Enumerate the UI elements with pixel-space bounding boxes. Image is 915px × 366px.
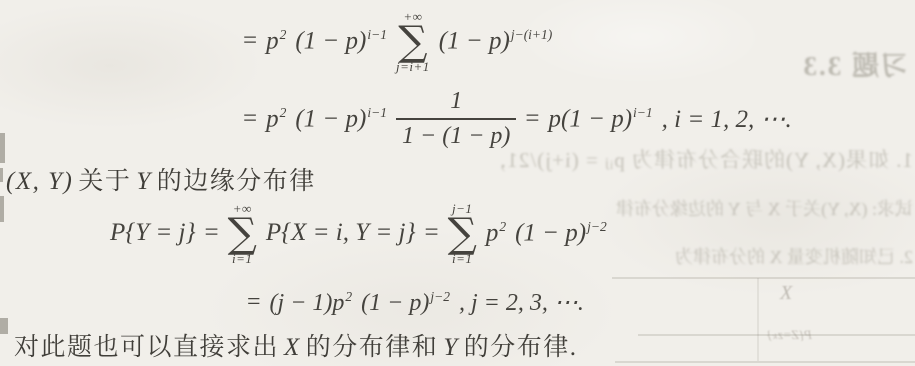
exponent: 2 xyxy=(345,289,352,304)
summation-lower-limit: i=1 xyxy=(452,252,472,265)
formula-line-3: P{Y = j} = +∞ ∑ i=1 P{X = i, Y = j} = j−… xyxy=(110,202,607,265)
summation: j−1 ∑ i=1 xyxy=(448,202,477,265)
term-j-minus-1-p-squared: (j − 1)p2 xyxy=(270,289,353,317)
formula-line-1: = p2 (1 − p)i−1 +∞ ∑ j=i+1 (1 − p)j−(i+1… xyxy=(243,10,552,73)
variable-pair-xy: (X, Y) xyxy=(6,168,73,196)
probability-lhs: P{Y = j} xyxy=(110,219,196,247)
factor: (j − 1)p xyxy=(270,290,345,316)
term-p-squared: p2 xyxy=(486,219,506,247)
exponent: i−1 xyxy=(633,105,653,120)
summation-lower-limit: j=i+1 xyxy=(396,60,430,73)
closing-text: 对此题也可以直接求出 xyxy=(14,327,279,363)
fraction-denominator: 1 − (1 − p) xyxy=(396,118,516,149)
equals-sign: = xyxy=(205,219,219,247)
closing-sentence: 对此题也可以直接求出 X 的分布律和 Y 的分布律. xyxy=(14,327,577,363)
variable-y: Y xyxy=(443,334,458,362)
summation-lower-limit: i=1 xyxy=(232,252,252,265)
variable-x: X xyxy=(284,334,301,362)
exponent: i−1 xyxy=(367,27,387,42)
term-p-squared: p2 xyxy=(266,105,286,133)
scanned-page: 习题 3.3 1. 如果(X, Y)的联合分布律为 pᵢⱼ = (i+j)/21… xyxy=(0,0,915,366)
variable-p: p xyxy=(266,28,279,55)
heading-text: 关于 xyxy=(78,161,131,197)
variable-p: p xyxy=(486,220,499,247)
factor: (1 − p) xyxy=(295,105,366,132)
formula-line-2: = p2 (1 − p)i−1 1 1 − (1 − p) = p(1 − p)… xyxy=(243,89,792,149)
equals-sign: = xyxy=(525,105,539,133)
equals-sign: = xyxy=(424,219,438,247)
variable-p: p xyxy=(549,105,562,132)
sigma-icon: ∑ xyxy=(398,24,427,59)
exponent: 2 xyxy=(280,27,287,42)
summation: +∞ ∑ j=i+1 xyxy=(396,10,430,73)
factor: (1 − p) xyxy=(439,28,510,55)
exponent: j−2 xyxy=(430,289,450,304)
formula-line-4: = (j − 1)p2 (1 − p)j−2 , j = 2, 3, ⋯. xyxy=(247,288,584,317)
closing-text: 的分布律和 xyxy=(306,327,439,363)
content-layer: = p2 (1 − p)i−1 +∞ ∑ j=i+1 (1 − p)j−(i+1… xyxy=(0,0,915,366)
term-one-minus-p: (1 − p)j−2 xyxy=(515,219,607,247)
term-result: p(1 − p)i−1 xyxy=(549,105,653,133)
exponent: 2 xyxy=(280,105,287,120)
term-one-minus-p: (1 − p)j−2 xyxy=(361,289,450,317)
factor: (1 − p) xyxy=(295,28,366,55)
factor: (1 − p) xyxy=(361,290,429,316)
summation: +∞ ∑ i=1 xyxy=(228,202,257,265)
variable-y: Y xyxy=(136,168,151,196)
term-one-minus-p: (1 − p)i−1 xyxy=(295,27,387,55)
equals-sign: = xyxy=(243,27,257,55)
joint-probability-term: P{X = i, Y = j} xyxy=(266,219,416,247)
equals-sign: = xyxy=(243,105,257,133)
closing-text: 的分布律. xyxy=(464,327,578,363)
exponent: 2 xyxy=(499,219,506,234)
index-range: , j = 2, 3, ⋯. xyxy=(459,288,584,317)
heading-text: 的边缘分布律 xyxy=(157,161,316,197)
term-p-squared: p2 xyxy=(266,27,286,55)
exponent: j−(i+1) xyxy=(511,27,552,42)
equals-sign: = xyxy=(247,289,261,316)
fraction: 1 1 − (1 − p) xyxy=(396,89,516,149)
factor: (1 − p) xyxy=(515,220,586,247)
variable-p: p xyxy=(266,105,279,132)
index-range: , i = 1, 2, ⋯. xyxy=(662,104,792,134)
factor: (1 − p) xyxy=(561,105,632,132)
fraction-numerator: 1 xyxy=(444,89,468,118)
sigma-icon: ∑ xyxy=(448,216,477,251)
term-one-minus-p: (1 − p)j−(i+1) xyxy=(439,27,553,55)
sigma-icon: ∑ xyxy=(228,216,257,251)
term-one-minus-p: (1 − p)i−1 xyxy=(295,105,387,133)
exponent: j−2 xyxy=(587,219,607,234)
exponent: i−1 xyxy=(367,105,387,120)
section-heading: (X, Y) 关于 Y 的边缘分布律 xyxy=(6,161,316,197)
